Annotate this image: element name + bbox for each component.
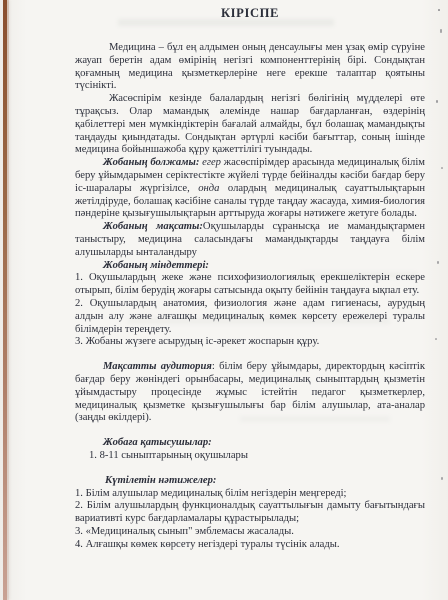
intro-paragraph-2: Жасөспірім кезінде балалардың негізгі бө… bbox=[75, 93, 425, 157]
hypothesis-then-word: онда bbox=[198, 183, 219, 194]
goal-paragraph: Жобаның мақсаты:Оқушыларды сұранысқа ие … bbox=[75, 221, 425, 259]
task-item: 1. Оқушылардың жеке және психофизиология… bbox=[75, 272, 425, 298]
tasks-heading: Жобаның міндеттері: bbox=[103, 260, 425, 273]
task-number: 3. bbox=[75, 336, 83, 347]
task-text: Оқушылардың анатомия, физиология және ад… bbox=[75, 298, 425, 335]
result-text: Білім алушылар медициналық білім негізде… bbox=[86, 488, 347, 499]
scan-speck bbox=[441, 167, 443, 169]
audience-colon: : bbox=[212, 361, 215, 372]
result-item: 3. «Медициналық сынып" эмблемасы жасалад… bbox=[75, 526, 425, 539]
task-text: Жобаны жүзеге асырудың іс-әрекет жоспары… bbox=[86, 336, 320, 347]
result-number: 1. bbox=[75, 488, 83, 499]
result-number: 2. bbox=[75, 500, 83, 511]
audience-paragraph: Мақсатты аудитория: білім беру ұйымдары,… bbox=[75, 361, 425, 425]
scan-speck bbox=[438, 9, 440, 11]
task-number: 1. bbox=[75, 272, 83, 283]
spacer bbox=[75, 463, 425, 475]
result-text: Білім алушылардың функционалдық сауаттыл… bbox=[75, 500, 425, 524]
hypothesis-if-word: егер bbox=[202, 157, 221, 168]
scan-speck bbox=[440, 29, 442, 33]
results-heading: Күтілетін нәтижелер: bbox=[105, 475, 425, 488]
spacer bbox=[75, 349, 425, 361]
result-text: Алғашқы көмек көрсету негіздері туралы т… bbox=[86, 539, 340, 550]
result-item: 2. Білім алушылардың функционалдық сауат… bbox=[75, 500, 425, 526]
result-item: 4. Алғашқы көмек көрсету негіздері турал… bbox=[75, 539, 425, 552]
page-title: КІРІСПЕ bbox=[75, 6, 425, 21]
audience-label: Мақсатты аудитория bbox=[103, 361, 212, 372]
task-number: 2. bbox=[75, 298, 83, 309]
task-item: 3. Жобаны жүзеге асырудың іс-әрекет жосп… bbox=[75, 336, 425, 349]
hypothesis-paragraph: Жобаның болжамы: егер жасөспірімдер арас… bbox=[75, 157, 425, 221]
intro-paragraph-1: Медицина – бұл ең алдымен оның денсаулығ… bbox=[75, 42, 425, 93]
scan-speck bbox=[441, 477, 443, 480]
hypothesis-label: Жобаның болжамы: bbox=[103, 157, 199, 168]
participant-item: 1. 8-11 сыныптарының оқушылары bbox=[89, 450, 425, 463]
goal-label: Жобаның мақсаты: bbox=[103, 221, 203, 232]
participant-text: 8-11 сыныптарының оқушылары bbox=[100, 450, 248, 461]
document-content: КІРІСПЕ Медицина – бұл ең алдымен оның д… bbox=[75, 6, 425, 551]
result-text: «Медициналық сынып" эмблемасы жасалады. bbox=[86, 526, 294, 537]
binding-highlight bbox=[7, 0, 9, 600]
result-item: 1. Білім алушылар медициналық білім негі… bbox=[75, 488, 425, 501]
participants-heading: Жобаға қатысушылар: bbox=[103, 437, 425, 450]
scan-speck bbox=[435, 338, 437, 340]
scan-speck bbox=[437, 261, 439, 264]
scan-speck bbox=[436, 100, 438, 103]
task-item: 2. Оқушылардың анатомия, физиология және… bbox=[75, 298, 425, 336]
scanned-document-page: КІРІСПЕ Медицина – бұл ең алдымен оның д… bbox=[0, 0, 448, 600]
result-number: 4. bbox=[75, 539, 83, 550]
spacer bbox=[75, 425, 425, 437]
result-number: 3. bbox=[75, 526, 83, 537]
participant-number: 1. bbox=[89, 450, 97, 461]
task-text: Оқушылардың жеке және психофизиологиялық… bbox=[75, 272, 425, 296]
